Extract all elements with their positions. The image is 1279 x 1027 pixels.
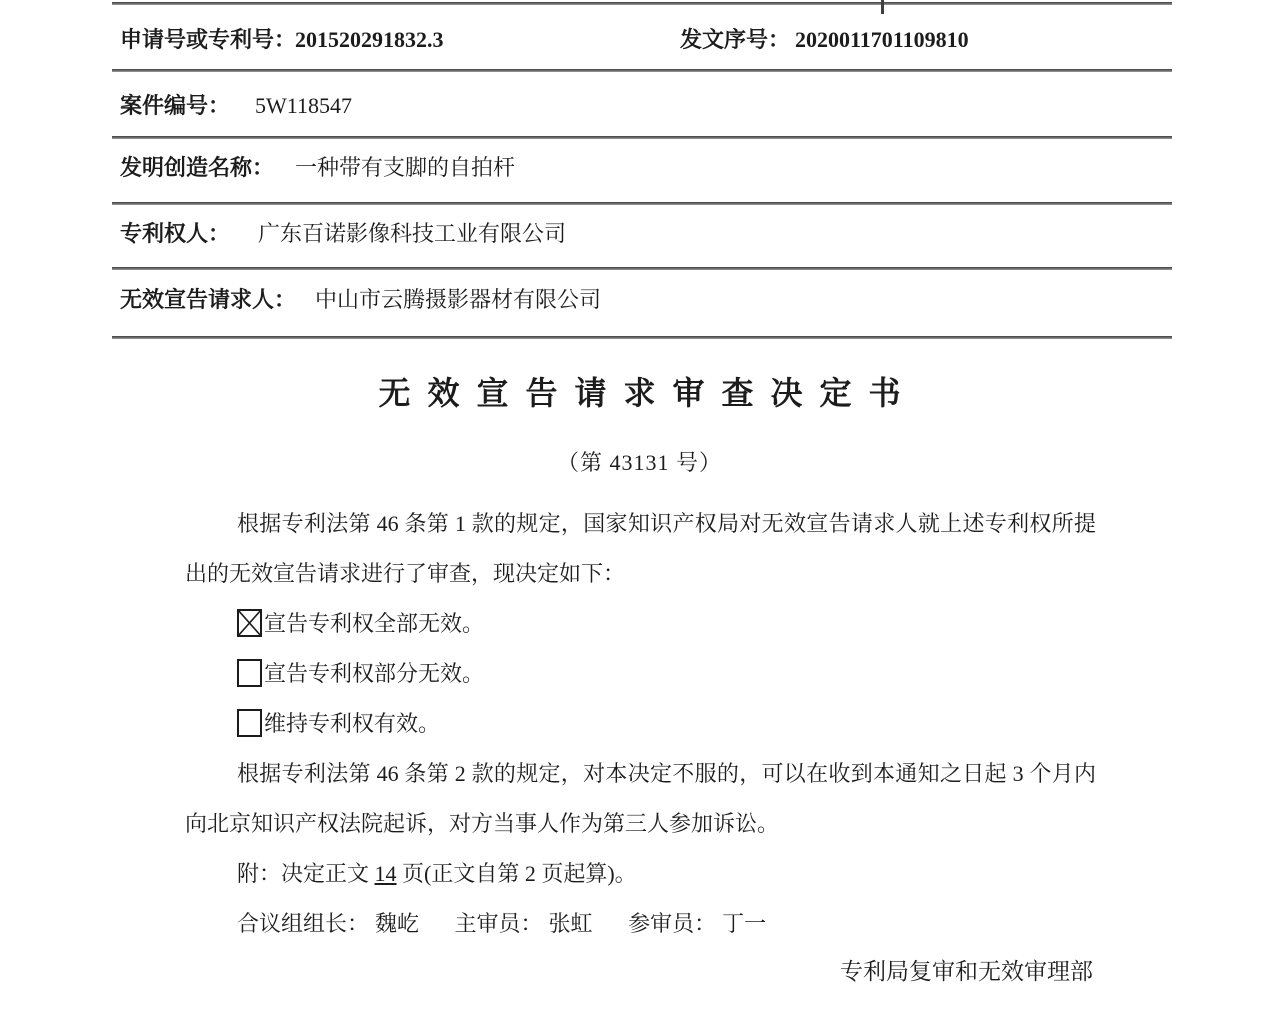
attachment-prefix: 附：决定正文 [237, 861, 375, 886]
header-rule-top [112, 2, 1172, 5]
checkbox-empty-icon [237, 659, 262, 687]
invention-title-value: 一种带有支脚的自拍杆 [295, 153, 515, 183]
case-number-value: 5W118547 [255, 91, 352, 121]
header-rule-2 [112, 136, 1172, 139]
header-row-patentee: 专利权人： 广东百诺影像科技工业有限公司 [0, 219, 1279, 249]
dispatch-number-label: 发文序号： [680, 25, 790, 55]
petitioner-label: 无效宣告请求人： [120, 285, 296, 315]
appeal-paragraph: 根据专利法第 46 条第 2 款的规定，对本决定不服的，可以在收到本通知之日起 … [185, 749, 1096, 849]
panel-members-line: 合议组组长：魏屹 主审员：张虹 参审员：丁一 [185, 899, 1096, 949]
checkbox-checked-icon [237, 609, 262, 637]
header-rule-bottom [112, 336, 1172, 339]
header-row-petitioner: 无效宣告请求人： 中山市云腾摄影器材有限公司 [0, 285, 1279, 315]
petitioner-value: 中山市云腾摄影器材有限公司 [315, 285, 601, 315]
header-rule-3 [112, 202, 1172, 205]
checkbox-empty-icon [237, 709, 262, 737]
option-label: 宣告专利权部分无效。 [264, 661, 484, 686]
invention-title-label: 发明创造名称： [120, 153, 274, 183]
secondary-examiner-name: 丁一 [722, 911, 766, 936]
panel-chief-name: 魏屹 [375, 911, 419, 936]
option-label: 宣告专利权全部无效。 [264, 611, 484, 636]
header-rule-1 [112, 69, 1172, 72]
header-rule-4 [112, 267, 1172, 270]
attachment-line: 附：决定正文 14 页(正文自第 2 页起算)。 [185, 849, 1096, 899]
patentee-value: 广东百诺影像科技工业有限公司 [258, 219, 566, 249]
header-row-case: 案件编号： 5W118547 [0, 91, 1279, 121]
primary-examiner-label: 主审员： [455, 911, 543, 936]
option-declare-all-invalid: 宣告专利权全部无效。 [185, 599, 1096, 649]
panel-chief-label: 合议组组长： [237, 911, 369, 936]
document-title: 无效宣告请求审查决定书 [0, 368, 1279, 414]
primary-examiner-name: 张虹 [549, 911, 593, 936]
option-maintain-valid: 维持专利权有效。 [185, 699, 1096, 749]
page-top-divider-tick [881, 0, 884, 14]
secondary-examiner-label: 参审员： [628, 911, 716, 936]
header-row-application: 申请号或专利号： 201520291832.3 发文序号： 2020011701… [0, 25, 1279, 55]
attachment-page-count: 14 [375, 861, 397, 886]
option-declare-partially-invalid: 宣告专利权部分无效。 [185, 649, 1096, 699]
header-row-invention: 发明创造名称： 一种带有支脚的自拍杆 [0, 153, 1279, 183]
dispatch-number-value: 2020011701109810 [795, 25, 969, 55]
attachment-suffix: 页(正文自第 2 页起算)。 [397, 861, 637, 886]
case-number-label: 案件编号： [120, 91, 230, 121]
patentee-label: 专利权人： [120, 219, 230, 249]
department-signature: 专利局复审和无效审理部 [840, 953, 1093, 986]
decision-number: （第 43131 号） [0, 446, 1279, 477]
option-label: 维持专利权有效。 [264, 711, 440, 736]
intro-paragraph: 根据专利法第 46 条第 1 款的规定，国家知识产权局对无效宣告请求人就上述专利… [185, 499, 1096, 599]
patent-invalidation-decision-page: 申请号或专利号： 201520291832.3 发文序号： 2020011701… [0, 0, 1279, 1027]
application-number-value: 201520291832.3 [295, 25, 444, 55]
decision-body: 根据专利法第 46 条第 1 款的规定，国家知识产权局对无效宣告请求人就上述专利… [185, 499, 1096, 949]
application-number-label: 申请号或专利号： [120, 25, 296, 55]
